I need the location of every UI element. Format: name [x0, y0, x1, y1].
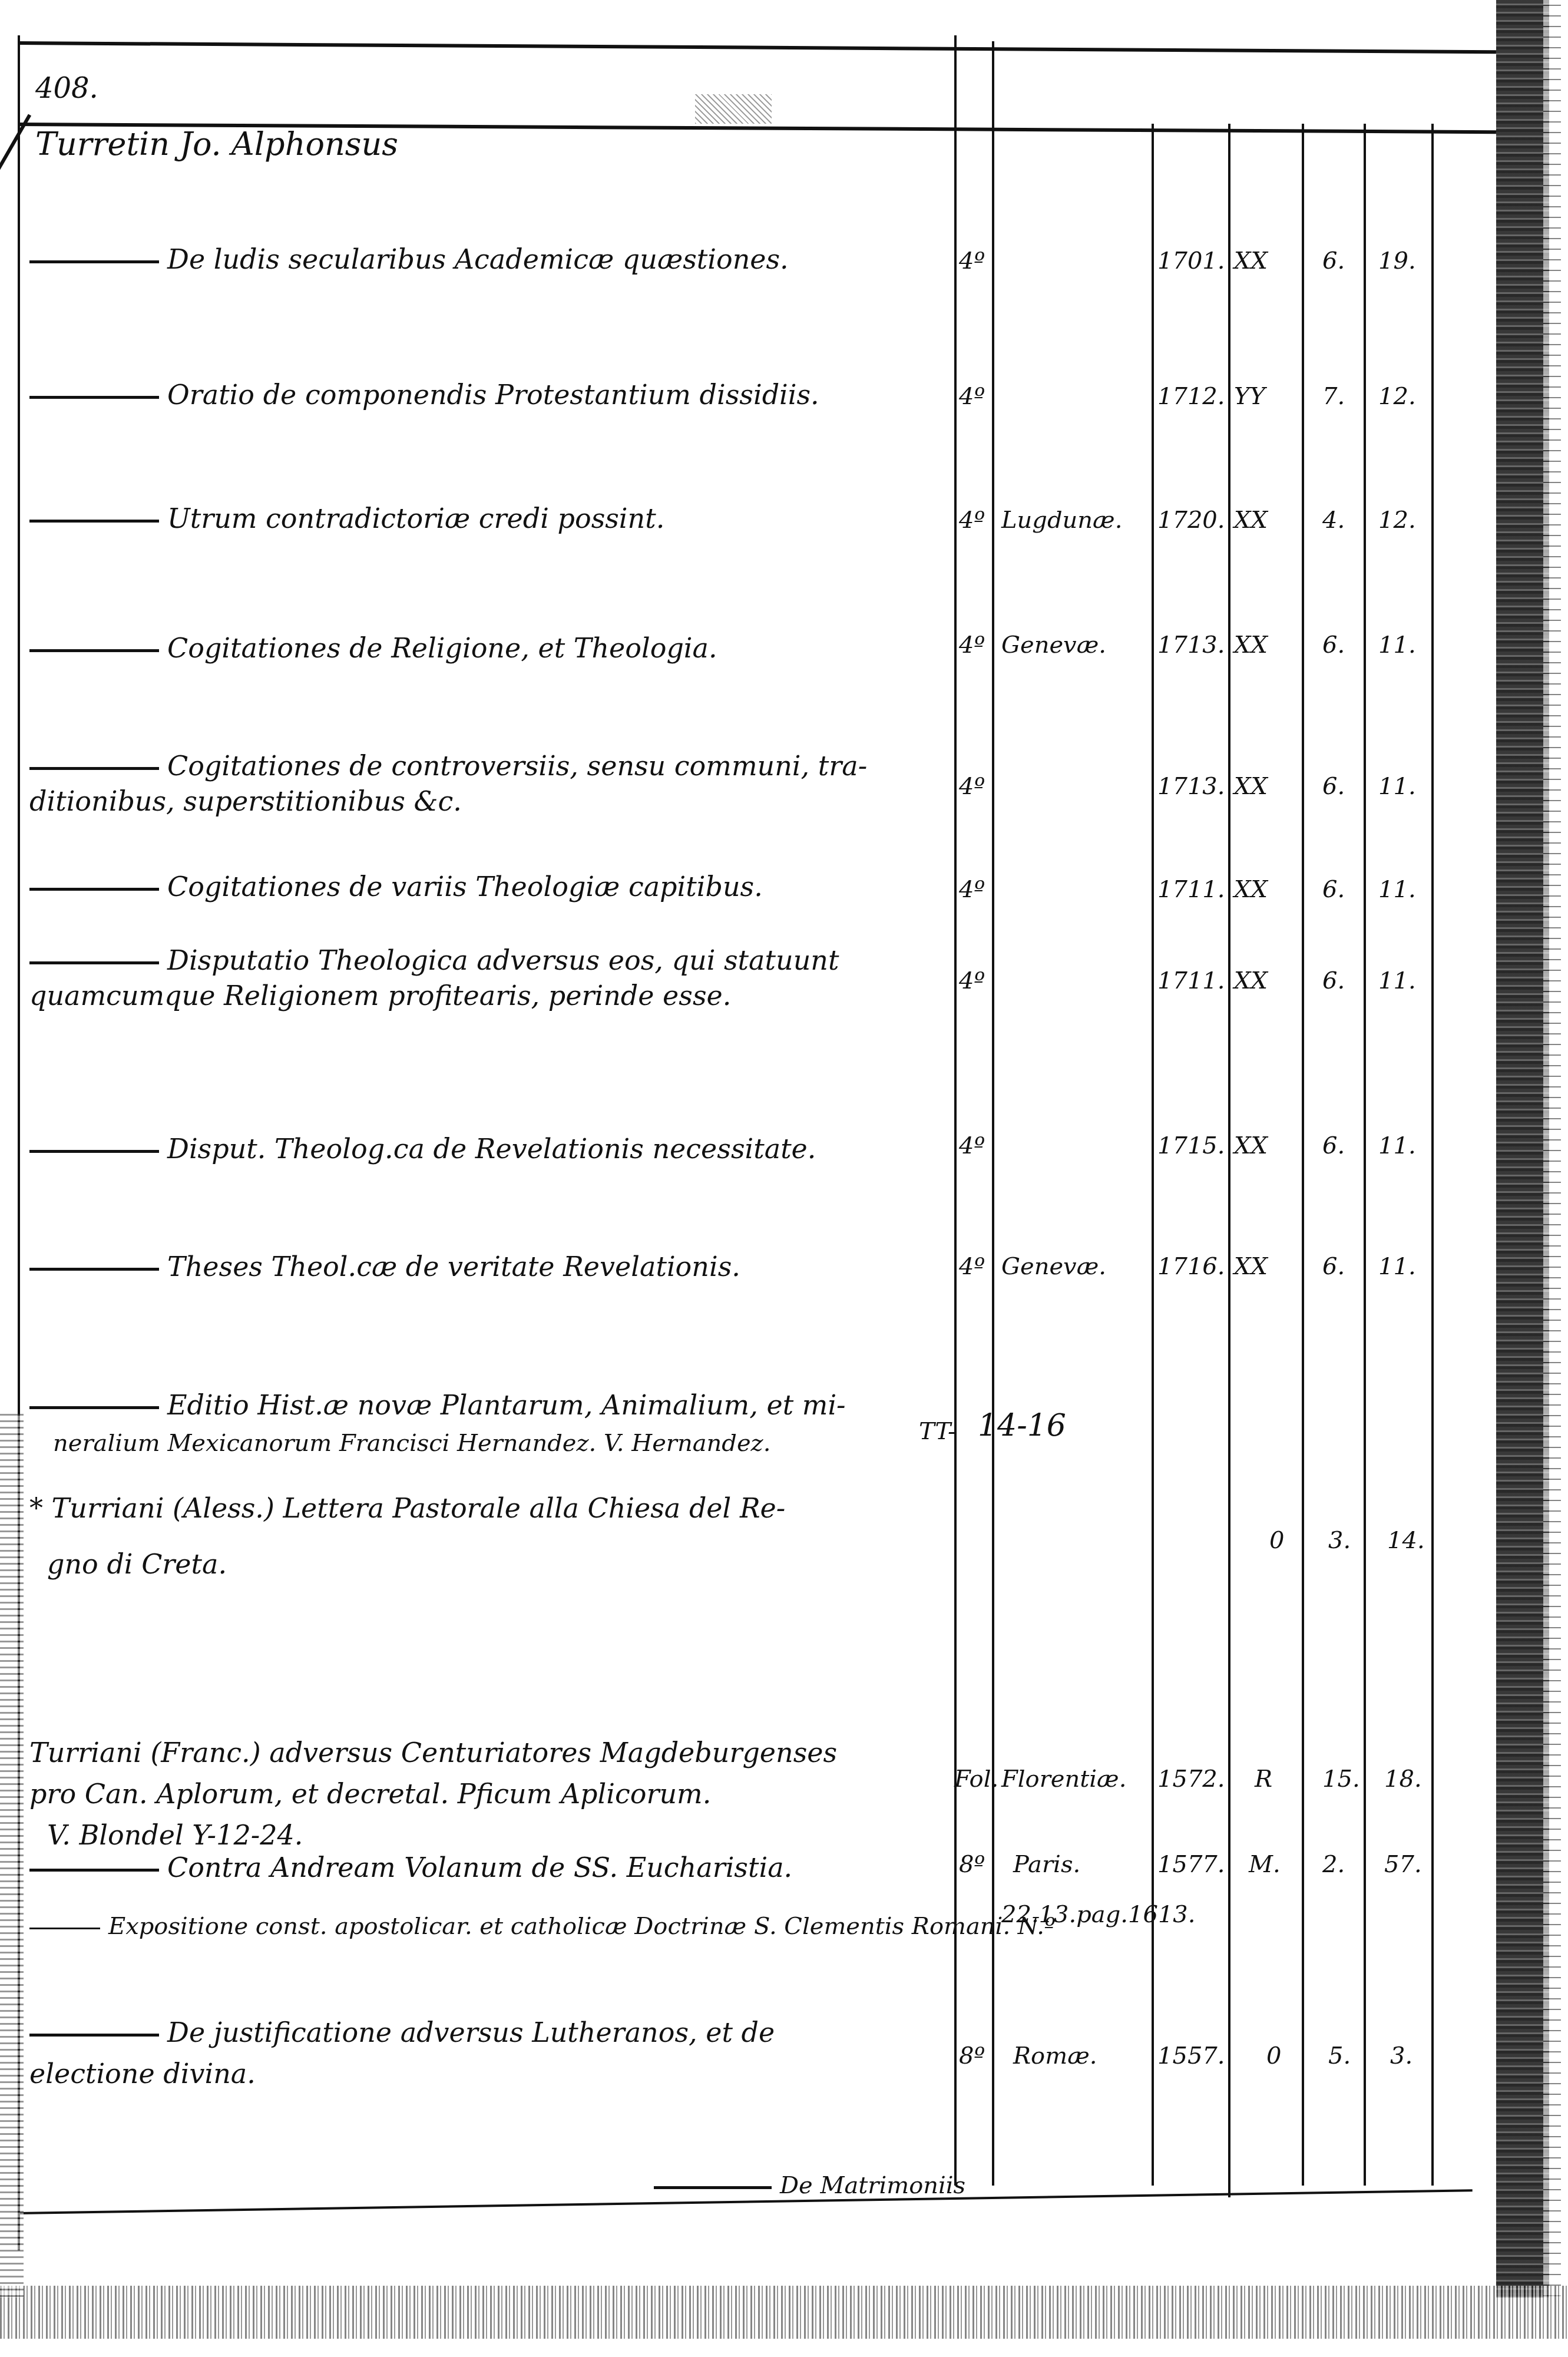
ditto-dash [29, 1928, 100, 1929]
entry-case: 6. [1322, 875, 1345, 904]
entry-title: Utrum contradictoriæ credi possint. [29, 501, 664, 536]
entry-shelf: XX [1234, 966, 1268, 996]
entry-format: 4º [959, 505, 985, 535]
column-line-format-left [954, 35, 957, 2186]
page-left-edge [0, 1414, 24, 2298]
entry-place: Genevæ. [1001, 630, 1106, 660]
entry-format: 8º [959, 1850, 985, 1879]
entry-text: Contra Andream Volanum de SS. Eucharisti… [167, 1852, 792, 1883]
entry-title: * Turriani (Aless.) Lettera Pastorale al… [29, 1490, 785, 1526]
entry-text: Expositione const. apostolicar. et catho… [108, 1913, 1056, 1940]
ditto-dash [29, 396, 159, 399]
entry-shelf: XX [1234, 875, 1268, 904]
ledger-page: 408. Turretin Jo. Alphonsus De ludis sec… [0, 0, 1568, 2357]
ditto-dash [29, 1406, 159, 1409]
entry-year: 1572. [1157, 1764, 1225, 1794]
author-heading: Turretin Jo. Alphonsus [35, 127, 398, 162]
entry-number: 11. [1378, 630, 1416, 660]
ditto-dash [29, 2034, 159, 2037]
entry-title: Cogitationes de controversiis, sensu com… [29, 748, 867, 784]
entry-text: De justificatione adversus Lutheranos, e… [167, 2016, 775, 2048]
entry-title: De ludis secularibus Academicæ quæstione… [29, 242, 789, 277]
entry-year: 1711. [1157, 875, 1225, 904]
ditto-dash [29, 520, 159, 523]
page-number: 408. [35, 71, 98, 106]
entry-shelf: 0 [1269, 1526, 1284, 1555]
column-line-format-right [992, 41, 994, 2186]
entry-shelf: XX [1234, 1131, 1268, 1161]
entry-title: Editio Hist.æ novæ Plantarum, Animalium,… [29, 1387, 846, 1423]
entry-shelf: XX [1234, 772, 1268, 801]
top-rule [18, 41, 1496, 54]
entry-text: Theses Theol.cæ de veritate Revelationis… [167, 1251, 740, 1282]
entry-year: 1713. [1157, 630, 1225, 660]
entry-text: Cogitationes de variis Theologiæ capitib… [167, 871, 763, 903]
ditto-dash [29, 767, 159, 770]
entry-title: Disput. Theolog.ca de Revelationis neces… [29, 1131, 816, 1166]
entry-year: 1713. [1157, 772, 1225, 801]
page-bottom-edge [0, 2286, 1568, 2339]
entry-format: 4º [959, 382, 985, 411]
entry-title: Theses Theol.cæ de veritate Revelationis… [29, 1249, 740, 1284]
entry-case: 4. [1322, 505, 1345, 535]
entry-number: 18. [1384, 1764, 1422, 1794]
entry-title: Oratio de componendis Protestantium diss… [29, 377, 819, 412]
entry-place: Genevæ. [1001, 1252, 1106, 1281]
entry-format: 8º [959, 2041, 985, 2071]
entry-cross-reference: 14-16 [978, 1411, 1066, 1440]
entry-year: 1715. [1157, 1131, 1225, 1161]
entry-text: Disputatio Theologica adversus eos, qui … [167, 944, 839, 976]
entry-year: 1711. [1157, 966, 1225, 996]
entry-number: 12. [1378, 505, 1416, 535]
entry-case: 2. [1322, 1850, 1345, 1879]
entry-shelf: XX [1234, 246, 1268, 276]
entry-format: 4º [959, 772, 985, 801]
entry-year: 1716. [1157, 1252, 1225, 1281]
entry-place: Paris. [1013, 1850, 1080, 1879]
entry-case: 6. [1322, 246, 1345, 276]
entry-number: 11. [1378, 1252, 1416, 1281]
entry-title: De justificatione adversus Lutheranos, e… [29, 2015, 775, 2050]
entry-title: Disputatio Theologica adversus eos, qui … [29, 943, 839, 978]
entry-shelf: 0 [1266, 2041, 1281, 2071]
entry-case: 6. [1322, 1252, 1345, 1281]
entry-number: 19. [1378, 246, 1416, 276]
entry-format: Fol. [954, 1764, 998, 1794]
entry-shelf: YY [1234, 382, 1265, 411]
entry-number: 57. [1384, 1850, 1422, 1879]
entry-format: 4º [959, 1252, 985, 1281]
entry-title: De Matrimoniis [654, 2168, 965, 2203]
column-line-year-right [1228, 124, 1230, 2197]
entry-number: 12. [1378, 382, 1416, 411]
ink-smudge [695, 94, 772, 124]
ditto-dash [29, 1150, 159, 1153]
entry-cross-reference: V. Blondel Y-12-24. [47, 1817, 303, 1853]
entry-format: 4º [959, 1131, 985, 1161]
entry-shelf: M. [1249, 1850, 1281, 1879]
entry-place: Lugdunæ. [1001, 505, 1122, 535]
entry-title-continued: ditionibus, superstitionibus &c. [29, 784, 462, 819]
entry-shelf: XX [1234, 505, 1268, 535]
ditto-dash [29, 1869, 159, 1872]
entry-text: Disput. Theolog.ca de Revelationis neces… [167, 1133, 816, 1165]
entry-title-continued: neralium Mexicanorum Francisci Hernandez… [53, 1426, 770, 1461]
entry-case: 5. [1328, 2041, 1351, 2071]
column-line-case-right [1364, 124, 1366, 2186]
entry-text: Utrum contradictoriæ credi possint. [167, 503, 664, 534]
entry-title: Cogitationes de Religione, et Theologia. [29, 630, 717, 666]
entry-number: 11. [1378, 1131, 1416, 1161]
entry-title: Expositione const. apostolicar. et catho… [29, 1909, 1056, 1944]
entry-text: Oratio de componendis Protestantium diss… [167, 379, 819, 411]
column-line-place-right [1152, 124, 1154, 2186]
entry-cross-reference: 22.13.pag.1613. [1001, 1900, 1196, 1929]
ditto-dash [29, 649, 159, 652]
entry-title: Cogitationes de variis Theologiæ capitib… [29, 869, 763, 904]
entry-number: 14. [1387, 1526, 1425, 1555]
entry-shelf: XX [1234, 1252, 1268, 1281]
entry-number: 11. [1378, 875, 1416, 904]
entry-case: 6. [1322, 966, 1345, 996]
entry-number: 11. [1378, 966, 1416, 996]
entry-format: 4º [959, 630, 985, 660]
binding-edge [1543, 0, 1561, 2298]
entry-format: 4º [959, 875, 985, 904]
ditto-dash [29, 888, 159, 891]
entry-case: 3. [1328, 1526, 1351, 1555]
entry-text: Editio Hist.æ novæ Plantarum, Animalium,… [167, 1389, 846, 1421]
entry-title: Turriani (Franc.) adversus Centuriatores… [29, 1735, 837, 1770]
entry-text: Cogitationes de Religione, et Theologia. [167, 632, 717, 664]
entry-format: 4º [959, 966, 985, 996]
entry-year: 1720. [1157, 505, 1225, 535]
entry-number: 11. [1378, 772, 1416, 801]
entry-title-continued: electione divina. [29, 2056, 256, 2091]
entry-year: 1557. [1157, 2041, 1225, 2071]
entry-case: 7. [1322, 382, 1345, 411]
column-line-number-right [1431, 124, 1434, 2186]
entry-text: De Matrimoniis [780, 2172, 965, 2199]
entry-shelf: XX [1234, 630, 1268, 660]
entry-text: De ludis secularibus Academicæ quæstione… [167, 243, 789, 275]
entry-year: 1712. [1157, 382, 1225, 411]
entry-place: Romæ. [1013, 2041, 1097, 2071]
entry-title-continued: quamcumque Religionem profitearis, perin… [29, 978, 731, 1013]
ditto-dash [29, 260, 159, 263]
entry-year: 1577. [1157, 1850, 1225, 1879]
entry-case: 6. [1322, 1131, 1345, 1161]
entry-title: Contra Andream Volanum de SS. Eucharisti… [29, 1850, 792, 1885]
book-binding [1496, 0, 1549, 2298]
ditto-dash [654, 2186, 772, 2189]
ditto-dash [29, 1268, 159, 1271]
entry-text: Cogitationes de controversiis, sensu com… [167, 750, 867, 782]
entry-place: Florentiæ. [1001, 1764, 1126, 1794]
entry-case: 6. [1322, 772, 1345, 801]
entry-case: 6. [1322, 630, 1345, 660]
entry-title-continued: pro Can. Aplorum, et decretal. Pficum Ap… [29, 1776, 711, 1811]
entry-year: 1701. [1157, 246, 1225, 276]
entry-format: TT- [919, 1417, 955, 1446]
entry-format: 4º [959, 246, 985, 276]
entry-title-continued: gno di Creta. [47, 1546, 227, 1582]
column-line-shelf-right [1302, 124, 1304, 2186]
entry-shelf: R [1255, 1764, 1272, 1794]
entry-number: 3. [1390, 2041, 1412, 2071]
ditto-dash [29, 961, 159, 964]
entry-case: 15. [1322, 1764, 1360, 1794]
